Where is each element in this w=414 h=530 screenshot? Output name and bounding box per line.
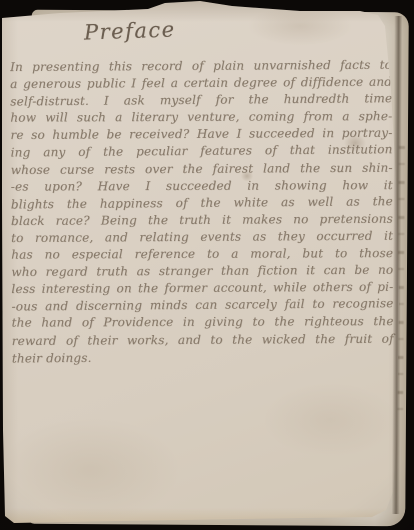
manuscript-line: -es upon? Have I succeeded in showing ho… [11, 177, 393, 196]
manuscript-photo: Preface In presenting this record of pla… [0, 0, 414, 530]
manuscript-page: Preface In presenting this record of pla… [0, 0, 414, 530]
page-title: Preface [84, 17, 176, 44]
manuscript-body: In presenting this record of plain unvar… [10, 57, 394, 367]
manuscript-line: has no especial reference to a moral, bu… [11, 245, 393, 264]
manuscript-line: the hand of Providence in giving to the … [12, 313, 394, 332]
manuscript-line: whose curse rests over the fairest land … [11, 159, 393, 178]
manuscript-line: their doings. [12, 347, 394, 367]
manuscript-line: to romance, and relating events as they … [11, 228, 393, 247]
manuscript-line: how will such a literary venture, coming… [10, 108, 392, 127]
